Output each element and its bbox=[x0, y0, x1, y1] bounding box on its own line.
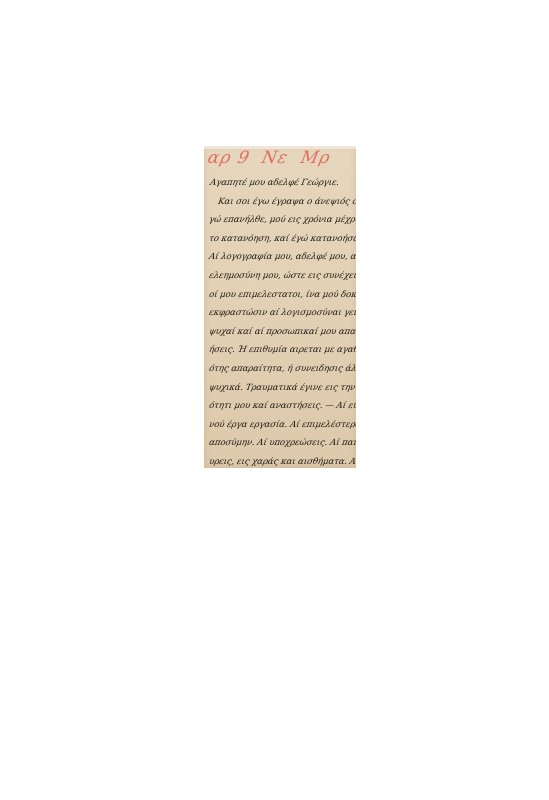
letter-line: Και σοι έγω έγραψα ο άνεψιός σου. Κα- bbox=[204, 193, 356, 212]
letter-line: αποσύμην. Αί υποχρεώσεις. Αί πανήγ- bbox=[204, 434, 356, 453]
letter-line: ψυχαί καί αί προσωπικαί μου απαιτ- bbox=[204, 323, 356, 342]
page-canvas: αρ 9 Νε Μρ Αγαπητέ μου αδελφέ Γεώργιε. Κ… bbox=[0, 0, 549, 800]
annotation-part: αρ 9 bbox=[206, 148, 252, 168]
letter-line: νού έργα εργασία. Αί επιμελέστεροι αγ- bbox=[204, 416, 356, 435]
letter-line: υρεις, εις χαράς και αισθήματα. Αί έγ- bbox=[204, 453, 356, 468]
letter-line: εκφραστώσιν αί λογισμοσύναι γενικά bbox=[204, 304, 356, 323]
letter-line: ψυχικά. Τραυματικά έγινε εις την έγαθ- bbox=[204, 379, 356, 398]
letter-line: ότητι μου καί αναστήσεις. — Αί εύλογη- bbox=[204, 397, 356, 416]
letter-salutation: Αγαπητέ μου αδελφέ Γεώργιε. bbox=[204, 174, 356, 193]
letter-line: ελεημοσύνη μου, ώστε εις συνέχεια οί άλλ… bbox=[204, 267, 356, 286]
letter-body: Αγαπητέ μου αδελφέ Γεώργιε. Και σοι έγω … bbox=[204, 174, 356, 468]
letter-line: το κατανόηση, καί έγώ κατανοήσαμεν. bbox=[204, 230, 356, 249]
annotation-part: Νε bbox=[260, 148, 290, 168]
letter-line: ήσεις. Ή επιθυμία αιρεται με αγαθ- bbox=[204, 341, 356, 360]
annotation-part: Μρ bbox=[298, 148, 332, 168]
manuscript-page: αρ 9 Νε Μρ Αγαπητέ μου αδελφέ Γεώργιε. Κ… bbox=[204, 146, 356, 468]
letter-line: οί μου επιμελεστατοι, ίνα μού δοκεί bbox=[204, 286, 356, 305]
letter-line: ότης απαραίτητα, ή συνειδησις άλλη bbox=[204, 360, 356, 379]
letter-line: Αί λογογραφία μου, αδελφέ μου, αί bbox=[204, 248, 356, 267]
letter-line: γώ επανήλθε, μού εις χρόνια μέχρι bbox=[204, 211, 356, 230]
